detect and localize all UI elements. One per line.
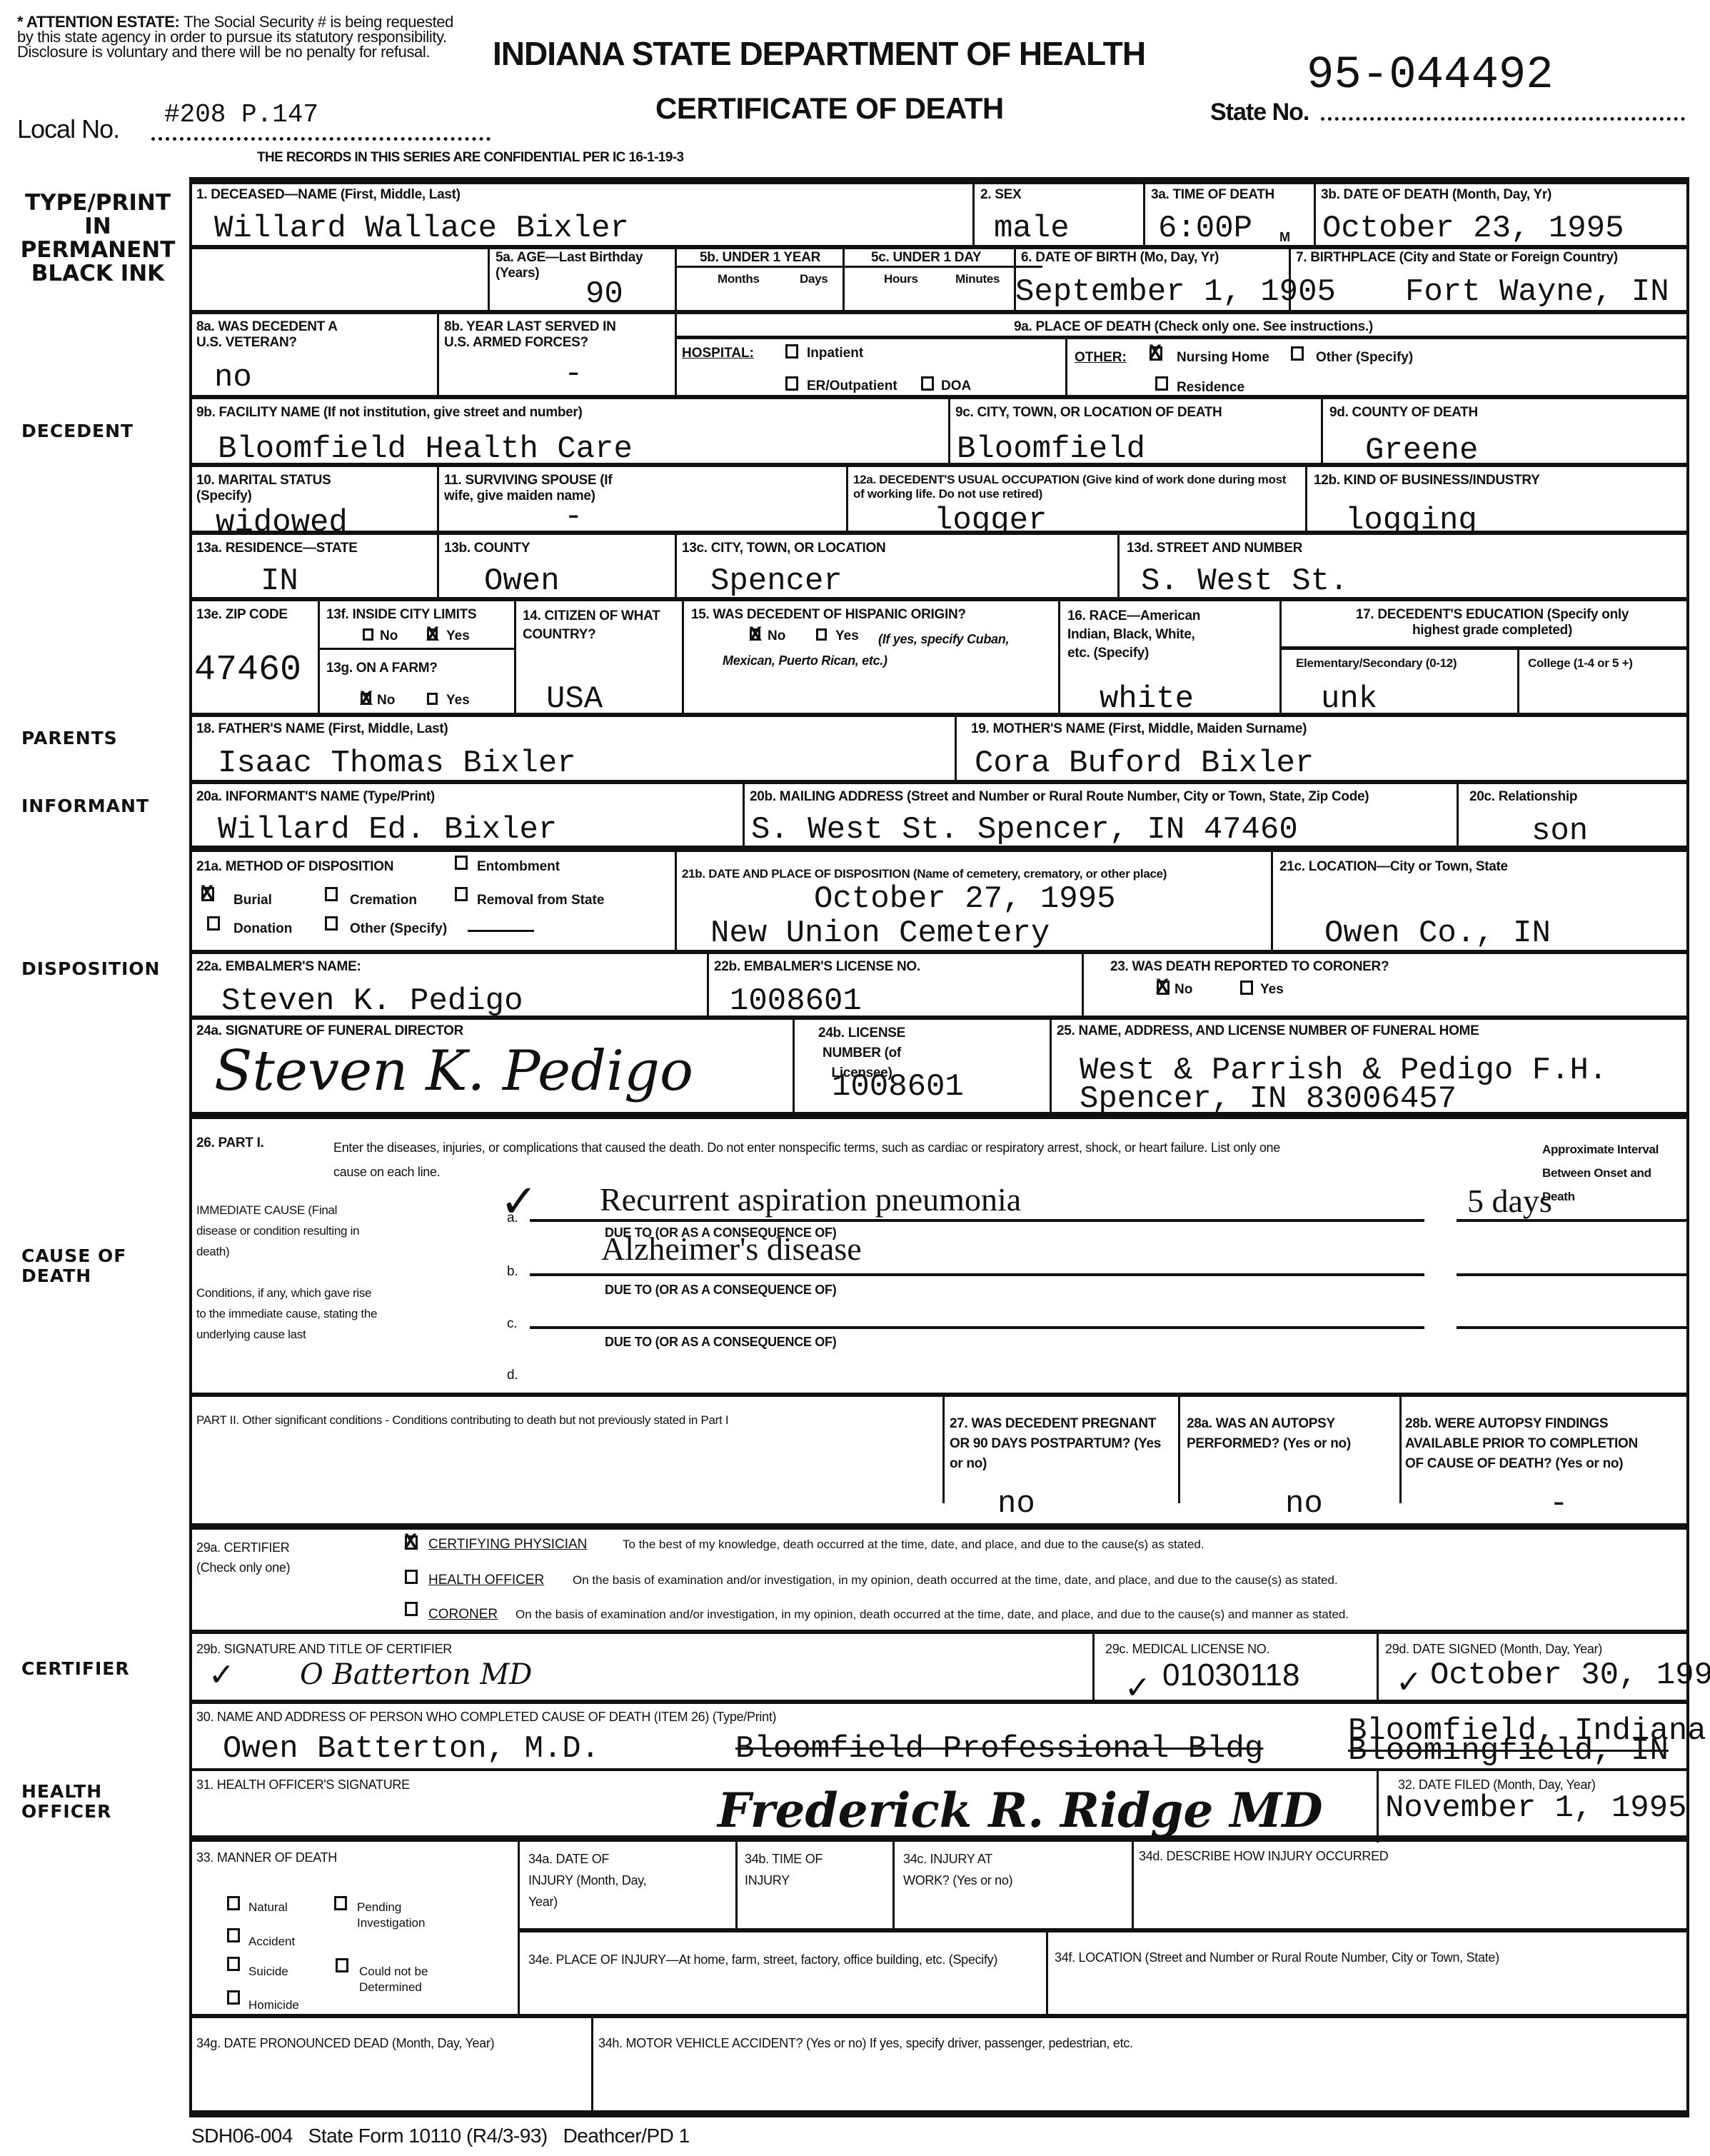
divider [948,398,950,464]
form-left-border [189,179,192,2115]
health-officer-text: On the basis of examination and/or inves… [573,1573,1338,1588]
label-part2: PART II. Other significant conditions - … [196,1413,728,1428]
label-date-of-injury: 34a. DATE OF INJURY (Month, Day, Year) [528,1848,657,1912]
time-of-death: 6:00P [1158,211,1252,246]
label-autopsy-findings: 28b. WERE AUTOPSY FINDINGS AVAILABLE PRI… [1405,1414,1641,1474]
divider [1305,466,1307,532]
checkmark-icon: ✓ [500,1178,538,1224]
checkbox-suicide[interactable] [227,1957,240,1971]
divider [1289,246,1291,312]
coroner-certifier-label: CORONER [428,1607,498,1623]
divider [437,314,439,395]
label-coroner-report: 23. WAS DEATH REPORTED TO CORONER? [1110,959,1389,975]
label-race: 16. RACE—American Indian, Black, White, … [1067,607,1207,663]
form-id: SDH06-004 State Form 10110 (R4/3-93) Dea… [191,2125,690,2147]
row-divider [189,245,1689,249]
checkbox-residence[interactable] [1155,376,1168,391]
other-place-label: Other (Specify) [1316,350,1413,366]
citizen-value: USA [546,682,603,716]
inpatient-label: Inpatient [807,346,863,361]
label-hours: Hours [884,271,918,287]
disposition-location: Owen Co., IN [1324,916,1551,951]
divider [591,2018,593,2115]
age-value: 90 [585,277,623,311]
residence-label: Residence [1177,380,1244,396]
divider [793,1020,795,1113]
divider [735,1841,738,1930]
label-manner-of-death: 33. MANNER OF DEATH [196,1850,337,1865]
divider [1117,534,1120,598]
burial-label: Burial [233,893,272,908]
divider [675,851,677,951]
completer-city-old: Bloomingfield, IN [1348,1734,1669,1768]
row-divider [189,950,1689,954]
embalmer-name: Steven K. Pedigo [221,984,523,1018]
label-motor-vehicle: 34h. MOTOR VEHICLE ACCIDENT? (Yes or no)… [598,2035,1133,2051]
label-completer: 30. NAME AND ADDRESS OF PERSON WHO COMPL… [196,1709,776,1725]
label-year-served: 8b. YEAR LAST SERVED IN U.S. ARMED FORCE… [444,319,644,351]
embalmer-license: 1008601 [730,984,862,1018]
label-under-1-day: 5c. UNDER 1 DAY [871,250,981,266]
director-signature: Steven K. Pedigo [214,1043,693,1100]
label-time-of-injury: 34b. TIME OF INJURY [745,1848,838,1891]
funeral-home-line2: Spencer, IN 83006457 [1080,1082,1457,1116]
divider [1377,1771,1379,1842]
certifying-physician-text: To the best of my knowledge, death occur… [623,1537,1204,1553]
label-embalmer: 22a. EMBALMER'S NAME: [196,959,361,975]
row-divider [189,2014,1689,2018]
checkbox-other-disposition[interactable] [325,916,338,931]
medical-license: 01030118 [1162,1658,1300,1693]
line-b-letter: b. [507,1264,518,1280]
homicide-label: Homicide [248,1997,299,2013]
label-mother: 19. MOTHER'S NAME (First, Middle, Maiden… [971,721,1307,737]
divider [514,600,516,714]
divider [437,534,439,598]
label-certifier: 29a. CERTIFIER (Check only one) [196,1538,325,1578]
autopsy-findings-value: - [1549,1487,1568,1521]
checkbox-coroner-certifier[interactable] [405,1602,418,1616]
row-divider [189,1393,1689,1397]
label-on-farm: 13g. ON A FARM? [326,661,438,676]
row-divider [189,1835,1689,1842]
checkbox-burial[interactable] [201,887,214,901]
checkbox-farm-yes[interactable] [427,693,438,705]
divider [1065,339,1067,396]
local-no-dots [151,123,491,141]
spouse-value: - [564,500,583,534]
informant-address: S. West St. Spencer, IN 47460 [751,813,1298,847]
label-surviving-spouse: 11. SURVIVING SPOUSE (If wife, give maid… [444,473,644,504]
row-divider [189,1630,1689,1634]
form-top-border [189,177,1689,184]
health-officer-label: HEALTH OFFICER [428,1573,544,1588]
residence-state: IN [261,564,298,598]
label-hispanic: 15. WAS DECEDENT OF HISPANIC ORIGIN? [691,607,966,623]
label-county-of-death: 9d. COUNTY OF DEATH [1329,405,1478,421]
row-divider [189,310,1689,314]
label-date-signed: 29d. DATE SIGNED (Month, Day, Year) [1385,1641,1602,1657]
state-no-dots [1321,101,1685,121]
local-no-label: Local No. [17,114,119,144]
interval-line-a: 5 days [1467,1184,1552,1218]
doa-label: DOA [941,378,971,394]
label-college: College (1-4 or 5 +) [1528,656,1633,671]
year-served-value: - [564,357,583,391]
date-of-death: October 23, 1995 [1322,211,1624,246]
divider [707,954,709,1017]
row-divider [189,1523,1689,1530]
date-filed: November 1, 1995 [1385,1791,1686,1825]
divider [1279,646,1689,650]
divider [843,246,845,312]
facility-value: Bloomfield Health Care [218,432,633,466]
label-injury-at-work: 34c. INJURY AT WORK? (Yes or no) [903,1848,1039,1891]
coroner-certifier-text: On the basis of examination and/or inves… [515,1607,1349,1623]
side-decedent: DECEDENT [21,421,134,441]
divider [1178,1396,1180,1503]
checkbox-removal[interactable] [455,887,468,901]
cause-line-a: Recurrent aspiration pneumonia [600,1183,1021,1217]
label-age: 5a. AGE—Last Birthday (Years) [496,250,667,281]
label-date-pronounced: 34g. DATE PRONOUNCED DEAD (Month, Day, Y… [196,2035,494,2051]
label-conditions: Conditions, if any, which gave rise to t… [196,1283,382,1345]
label-deceased-name: 1. DECEASED—NAME (First, Middle, Last) [196,187,461,203]
label-occupation: 12a. DECEDENT'S USUAL OCCUPATION (Give k… [853,473,1296,501]
interval-b-rule [1457,1273,1686,1276]
label-immediate-cause: IMMEDIATE CAUSE (Final disease or condit… [196,1200,375,1262]
label-education: 17. DECEDENT'S EDUCATION (Specify only h… [1335,607,1649,638]
divider [1517,648,1519,714]
divider [1082,954,1084,1017]
undetermined-label: Could not be Determined [359,1964,445,1995]
divider [318,648,514,650]
label-disposition-location: 21c. LOCATION—City or Town, State [1279,859,1508,875]
divider [682,600,684,714]
label-director-signature: 24a. SIGNATURE OF FUNERAL DIRECTOR [196,1023,463,1039]
label-industry: 12b. KIND OF BUSINESS/INDUSTRY [1314,473,1540,488]
divider [1377,1634,1379,1702]
date-signed: October 30, 1995 [1430,1658,1710,1693]
divider [1132,1841,1134,1930]
label-days: Days [800,271,828,287]
checkbox-coroner-yes[interactable] [1240,981,1253,995]
divider [675,314,677,395]
row-divider [189,463,1689,467]
line-d-letter: d. [507,1368,518,1383]
side-type-print: TYPE/PRINT IN PERMANENT BLACK INK [9,191,187,286]
checkbox-accident[interactable] [227,1928,240,1942]
sex-value: male [994,211,1070,246]
residence-city: Spencer [710,564,843,598]
label-health-officer-signature: 31. HEALTH OFFICER'S SIGNATURE [196,1777,410,1793]
other-disposition-label: Other (Specify) [350,921,447,937]
label-pregnant: 27. WAS DECEDENT PREGNANT OR 90 DAYS POS… [950,1414,1171,1474]
divider [318,600,320,714]
removal-label: Removal from State [477,893,604,908]
state-no-label: State No. [1210,99,1309,126]
entombment-label: Entombment [477,859,560,875]
divider [488,246,490,312]
checkbox-undetermined[interactable] [336,1958,348,1972]
birthplace-value: Fort Wayne, IN [1405,275,1669,309]
agency-title: INDIANA STATE DEPARTMENT OF HEALTH [493,34,1145,73]
residence-county: Owen [484,564,560,598]
label-residence-street: 13d. STREET AND NUMBER [1127,541,1302,556]
divider [1271,851,1273,951]
row-divider [189,846,1689,852]
disposition-date: October 27, 1995 [814,882,1115,916]
nursing-home-label: Nursing Home [1177,350,1269,366]
divider [1399,1396,1402,1503]
completer-address: Bloomfield Professional Bldg [735,1732,1263,1766]
line-b-rule [530,1273,1424,1276]
label-residence-county: 13b. COUNTY [444,541,530,556]
label-months: Months [718,271,760,287]
form-right-border [1686,179,1689,2115]
label-autopsy: 28a. WAS AN AUTOPSY PERFORMED? (Yes or n… [1187,1414,1372,1454]
part1-instructions: Enter the diseases, injuries, or complic… [333,1135,1283,1184]
certifying-physician-label: CERTIFYING PHYSICIAN [428,1537,587,1553]
divider [955,716,957,781]
row-divider [189,531,1689,535]
other-label: OTHER: [1075,350,1127,366]
label-place-of-death: 9a. PLACE OF DEATH (Check only one. See … [1014,319,1373,335]
divider [675,336,1689,339]
date-of-birth: September 1, 1905 [1015,275,1336,309]
zip-value: 47460 [194,653,301,688]
form-title: CERTIFICATE OF DEATH [655,91,1004,126]
checkbox-certifying-physician[interactable] [405,1535,418,1550]
checkbox-er-outpatient[interactable] [785,376,798,391]
disposition-place: New Union Cemetery [710,916,1050,951]
row-divider [189,780,1689,784]
city-limits-no-label: No [380,628,398,644]
checkbox-doa[interactable] [921,376,934,391]
cremation-label: Cremation [350,893,417,908]
deceased-name: Willard Wallace Bixler [214,211,629,246]
form-bottom-border [189,2110,1689,2117]
label-describe-injury: 34d. DESCRIBE HOW INJURY OCCURRED [1139,1848,1389,1864]
time-suffix: M [1279,230,1290,245]
checkmark-icon: ✓ [1396,1664,1422,1700]
line-a-letter: a. [507,1210,518,1226]
confidential-notice: THE RECORDS IN THIS SERIES ARE CONFIDENT… [257,150,683,166]
line-c-letter: c. [507,1316,517,1332]
side-parents: PARENTS [21,728,118,748]
city-of-death: Bloomfield [957,432,1145,466]
checkbox-donation[interactable] [207,916,220,931]
divider [1143,183,1145,249]
divider [846,466,848,532]
interval-c-rule [1457,1326,1686,1329]
divider [1092,1634,1095,1702]
row-divider [518,1928,1689,1932]
label-injury-location: 34f. LOCATION (Street and Number or Rura… [1055,1950,1499,1965]
line-a-rule [530,1219,1424,1222]
due-to-label-b: DUE TO (OR AS A CONSEQUENCE OF) [605,1282,836,1298]
row-divider [189,597,1689,601]
divider [437,466,439,532]
divider [743,784,745,847]
autopsy-value: no [1285,1487,1323,1521]
divider [972,183,975,249]
residence-street: S. West St. [1141,564,1348,598]
divider [675,534,677,598]
label-zip: 13e. ZIP CODE [196,607,288,623]
label-informant: 20a. INFORMANT'S NAME (Type/Print) [196,789,435,805]
label-embalmer-license: 22b. EMBALMER'S LICENSE NO. [714,959,920,975]
checkbox-coroner-no[interactable] [1157,981,1170,995]
license-number: 1008601 [832,1070,964,1104]
label-method-disposition: 21a. METHOD OF DISPOSITION [196,859,393,875]
checkbox-city-limits-yes[interactable] [427,628,438,641]
checkbox-entombment[interactable] [455,856,468,870]
line-c-rule [530,1326,1424,1329]
elementary-value: unk [1321,682,1377,716]
hispanic-note: (If yes, specify Cuban, Mexican, Puerto … [723,628,1058,671]
label-mailing-address: 20b. MAILING ADDRESS (Street and Number … [750,789,1369,805]
mother-name: Cora Buford Bixler [975,746,1314,781]
divider [1457,784,1459,847]
label-birthplace: 7. BIRTHPLACE (City and State or Foreign… [1296,250,1618,266]
checkbox-natural[interactable] [227,1896,240,1910]
label-elementary: Elementary/Secondary (0-12) [1296,656,1457,671]
row-divider [189,1700,1689,1704]
label-city-of-death: 9c. CITY, TOWN, OR LOCATION OF DEATH [955,405,1222,421]
suicide-label: Suicide [248,1964,288,1980]
er-label: ER/Outpatient [807,378,897,394]
label-certifier-signature: 29b. SIGNATURE AND TITLE OF CERTIFIER [196,1641,452,1657]
label-date-of-birth: 6. DATE OF BIRTH (Mo, Day, Yr) [1021,250,1219,266]
side-health-officer: HEALTH OFFICER [21,1782,164,1822]
divider [1058,600,1060,714]
divider [1050,1020,1052,1113]
row-divider [189,395,1689,399]
label-veteran: 8a. WAS DECEDENT A U.S. VETERAN? [196,319,346,351]
label-sex: 2. SEX [980,187,1021,203]
row-divider [189,1112,1689,1119]
completer-name: Owen Batterton, M.D. [223,1732,600,1766]
interval-a-rule [1457,1219,1686,1222]
label-marital-status: 10. MARITAL STATUS (Specify) [196,473,339,504]
side-informant: INFORMANT [21,796,149,816]
farm-no-label: No [377,693,395,708]
checkbox-nursing-home[interactable] [1150,346,1162,361]
divider [1046,1932,1048,2016]
checkbox-inpatient[interactable] [785,344,798,359]
city-limits-yes-label: Yes [446,628,470,644]
label-minutes: Minutes [955,271,1000,287]
pregnant-value: no [997,1487,1035,1521]
divider [892,1841,895,1930]
attention-notice: * ATTENTION ESTATE: The Social Security … [17,14,467,59]
divider [1279,600,1282,714]
label-relationship: 20c. Relationship [1469,789,1577,805]
divider [675,266,1042,268]
label-father: 18. FATHER'S NAME (First, Middle, Last) [196,721,448,737]
label-part1: 26. PART I. [196,1135,264,1151]
relationship-value: son [1532,814,1588,848]
checkbox-city-limits-no[interactable] [363,628,373,641]
side-disposition: DISPOSITION [21,959,160,979]
label-residence-state: 13a. RESIDENCE—STATE [196,541,358,556]
checkbox-cremation[interactable] [325,887,338,901]
health-officer-signature: Frederick R. Ridge MD [718,1764,1323,1857]
divider [942,1396,945,1503]
checkmark-icon: ✓ [208,1657,235,1693]
row-divider [189,1016,1689,1020]
label-facility: 9b. FACILITY NAME (If not institution, g… [196,405,583,421]
divider [1314,183,1316,249]
father-name: Isaac Thomas Bixler [218,746,576,781]
label-medical-license: 29c. MEDICAL LICENSE NO. [1105,1641,1269,1657]
other-specify-blank [468,930,534,932]
coroner-no-label: No [1175,982,1192,998]
race-value: white [1100,682,1194,716]
label-under-1-year: 5b. UNDER 1 YEAR [700,250,820,266]
label-inside-city-limits: 13f. INSIDE CITY LIMITS [326,607,476,623]
accident-label: Accident [248,1934,295,1950]
checkbox-health-officer[interactable] [405,1570,418,1584]
checkbox-other-place[interactable] [1291,346,1304,361]
label-funeral-home: 25. NAME, ADDRESS, AND LICENSE NUMBER OF… [1057,1023,1479,1039]
divider [675,246,677,312]
informant-name: Willard Ed. Bixler [218,813,557,847]
checkbox-pending[interactable] [334,1896,347,1910]
state-no-value: 95-044492 [1307,50,1554,101]
side-cause-of-death: CAUSE OF DEATH [21,1246,164,1286]
label-place-of-injury: 34e. PLACE OF INJURY—At home, farm, stre… [528,1950,1000,1970]
checkbox-homicide[interactable] [227,1990,240,2005]
side-certifier: CERTIFIER [21,1659,130,1679]
checkbox-farm-no[interactable] [361,693,371,705]
label-citizen: 14. CITIZEN OF WHAT COUNTRY? [523,607,680,644]
farm-yes-label: Yes [446,693,470,708]
pending-label: Pending Investigation [357,1900,443,1931]
certifier-signature: O Batterton MD [300,1658,532,1691]
veteran-value: no [214,361,252,395]
label-interval: Approximate Interval Between Onset and D… [1542,1138,1664,1208]
label-time-of-death: 3a. TIME OF DEATH [1151,187,1274,203]
hospital-label: HOSPITAL: [682,346,754,361]
row-divider [189,713,1689,717]
label-residence-city: 13c. CITY, TOWN, OR LOCATION [682,541,885,556]
divider [1321,398,1323,464]
cause-line-b: Alzheimer's disease [601,1232,862,1266]
natural-label: Natural [248,1900,288,1915]
donation-label: Donation [233,921,292,937]
label-date-of-death: 3b. DATE OF DEATH (Month, Day, Yr) [1321,187,1551,203]
coroner-yes-label: Yes [1260,982,1284,998]
due-to-label-c: DUE TO (OR AS A CONSEQUENCE OF) [605,1334,836,1350]
